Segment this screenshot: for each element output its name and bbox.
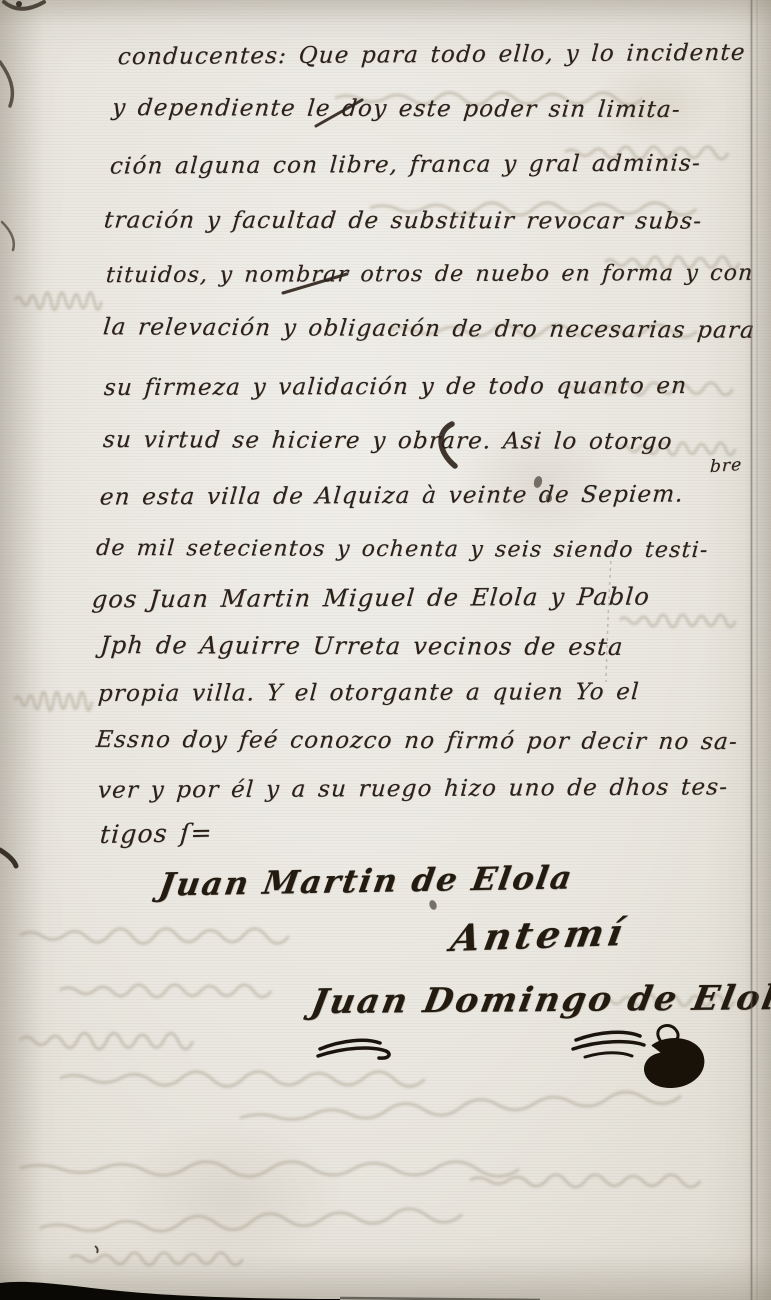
manuscript-line: su firmeza y validación y de todo quanto… bbox=[103, 373, 688, 401]
signature-juan-martin-de-elola: Juan Martin de Elola bbox=[156, 858, 576, 903]
manuscript-line: en esta villa de Alquiza à veinte de Sep… bbox=[99, 481, 685, 510]
manuscript-page: conducentes: Que para todo ello, y lo in… bbox=[0, 0, 771, 1300]
notary-attestation-ante-mi: Antemí bbox=[448, 910, 630, 960]
manuscript-line: la relevación y obligación de dro necesa… bbox=[102, 314, 756, 343]
manuscript-line: y dependiente le doy este poder sin limi… bbox=[111, 95, 682, 123]
manuscript-line: conducentes: Que para todo ello, y lo in… bbox=[117, 40, 746, 70]
manuscript-line: ver y por él y a su ruego hizo uno de dh… bbox=[97, 774, 729, 803]
manuscript-line: su virtud se hiciere y obrare. Asi lo ot… bbox=[102, 427, 674, 455]
manuscript-line: gos Juan Martin Miguel de Elola y Pablo bbox=[91, 583, 651, 614]
manuscript-line: tración y facultad de substituir revocar… bbox=[103, 207, 704, 234]
manuscript-line: Essno doy feé conozco no firmó por decir… bbox=[95, 727, 739, 755]
manuscript-line: Jph de Aguirre Urreta vecinos de esta bbox=[99, 631, 625, 661]
manuscript-line: tigos ſ= bbox=[99, 818, 214, 849]
manuscript-line: propia villa. Y el otorgante a quien Yo … bbox=[97, 679, 640, 707]
manuscript-line: de mil setecientos y ochenta y seis sien… bbox=[95, 536, 709, 563]
manuscript-line: tituidos, y nombrar otros de nuebo en fo… bbox=[105, 261, 754, 288]
signature-juan-domingo-de-elola: Juan Domingo de Elola bbox=[308, 978, 771, 1022]
date-abbreviation-superscript: bre bbox=[710, 455, 743, 477]
manuscript-line: ción alguna con libre, franca y gral adm… bbox=[109, 150, 702, 179]
manuscript-text-block: conducentes: Que para todo ello, y lo in… bbox=[0, 0, 771, 1300]
